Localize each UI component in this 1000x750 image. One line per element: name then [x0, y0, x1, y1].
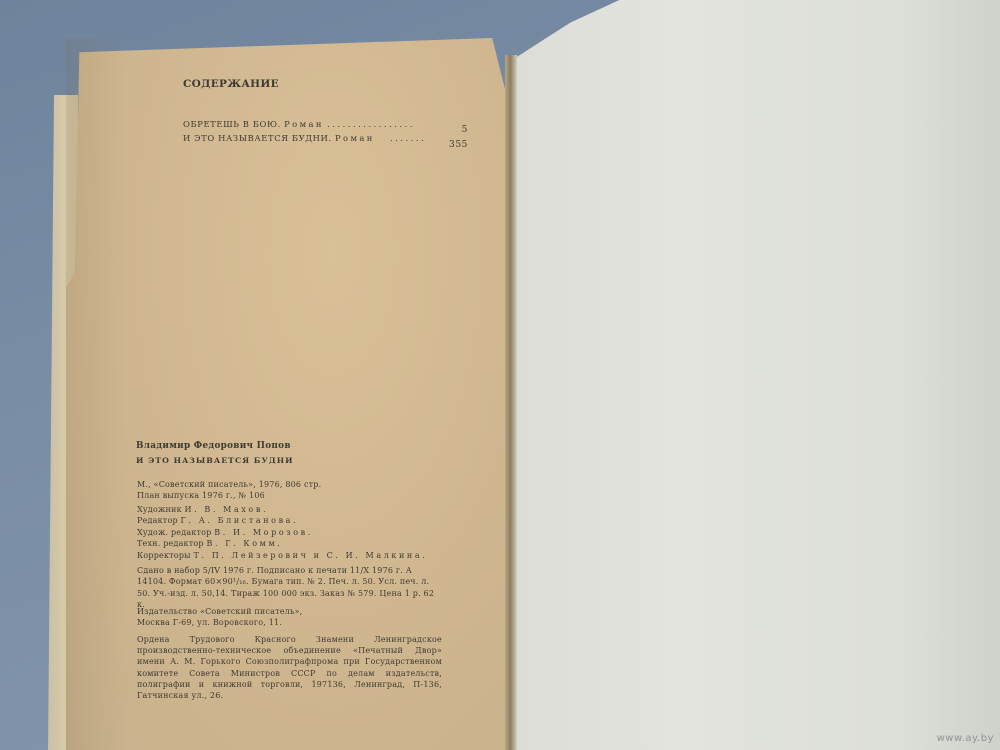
- credit-role: Худож. редактор: [137, 528, 212, 537]
- credit-role: Редактор: [137, 516, 178, 525]
- colophon-author: Владимир Федорович Попов: [136, 441, 291, 451]
- imprint-line: План выпуска 1976 г., № 106: [137, 490, 321, 501]
- imprint-line: М., «Советский писатель», 1976, 806 стр.: [137, 479, 321, 490]
- publisher-line: Москва Г-69, ул. Воровского, 11.: [137, 617, 302, 628]
- credit-line: Художник И. В. Махов.: [137, 504, 427, 515]
- toc-leader: .................: [327, 119, 415, 129]
- credit-role: Корректоры: [137, 551, 191, 560]
- colophon-imprint: М., «Советский писатель», 1976, 806 стр.…: [137, 479, 321, 502]
- book-gutter: [505, 55, 517, 750]
- toc-heading: СОДЕРЖАНИЕ: [183, 78, 279, 90]
- colophon-credits: Художник И. В. Махов. Редактор Г. А. Бли…: [137, 504, 427, 561]
- credit-line: Техн. редактор В. Г. Комм.: [137, 538, 427, 549]
- colophon-publisher: Издательство «Советский писатель», Москв…: [137, 606, 302, 629]
- toc-entry-page: 355: [449, 140, 468, 150]
- credit-name: Т. П. Лейзерович и С. И. Малкина.: [193, 551, 427, 560]
- right-page-blank: [512, 0, 1000, 750]
- toc-entry-title: ОБРЕТЕШЬ В БОЮ.: [183, 119, 281, 129]
- credit-name: Г. А. Блистанова.: [181, 516, 299, 525]
- left-page-shadow: [66, 38, 126, 750]
- toc-leader: .......: [390, 133, 426, 143]
- toc-entry: ОБРЕТЕШЬ В БОЮ. Роман ................. …: [183, 119, 468, 129]
- credit-role: Техн. редактор: [137, 539, 204, 548]
- colophon-book-title: И ЭТО НАЗЫВАЕТСЯ БУДНИ: [136, 456, 293, 465]
- toc-entry: И ЭТО НАЗЫВАЕТСЯ БУДНИ. Роман ....... 35…: [183, 133, 468, 143]
- watermark: www.ay.by: [937, 733, 994, 744]
- credit-line: Худож. редактор В. И. Морозов.: [137, 527, 427, 538]
- publisher-line: Издательство «Советский писатель»,: [137, 606, 302, 617]
- credit-line: Корректоры Т. П. Лейзерович и С. И. Малк…: [137, 550, 427, 561]
- credit-name: В. И. Морозов.: [214, 528, 313, 537]
- toc-entry-genre: Роман: [284, 119, 324, 129]
- credit-role: Художник: [137, 505, 182, 514]
- colophon-printer: Ордена Трудового Красного Знамени Ленинг…: [137, 634, 442, 701]
- credit-name: В. Г. Комм.: [206, 539, 282, 548]
- toc-entry-title: И ЭТО НАЗЫВАЕТСЯ БУДНИ.: [183, 133, 332, 143]
- credit-line: Редактор Г. А. Блистанова.: [137, 515, 427, 526]
- toc-entry-genre: Роман: [335, 133, 375, 143]
- colophon-printing-details: Сдано в набор 5/IV 1976 г. Подписано к п…: [137, 565, 437, 611]
- credit-name: И. В. Махов.: [185, 505, 269, 514]
